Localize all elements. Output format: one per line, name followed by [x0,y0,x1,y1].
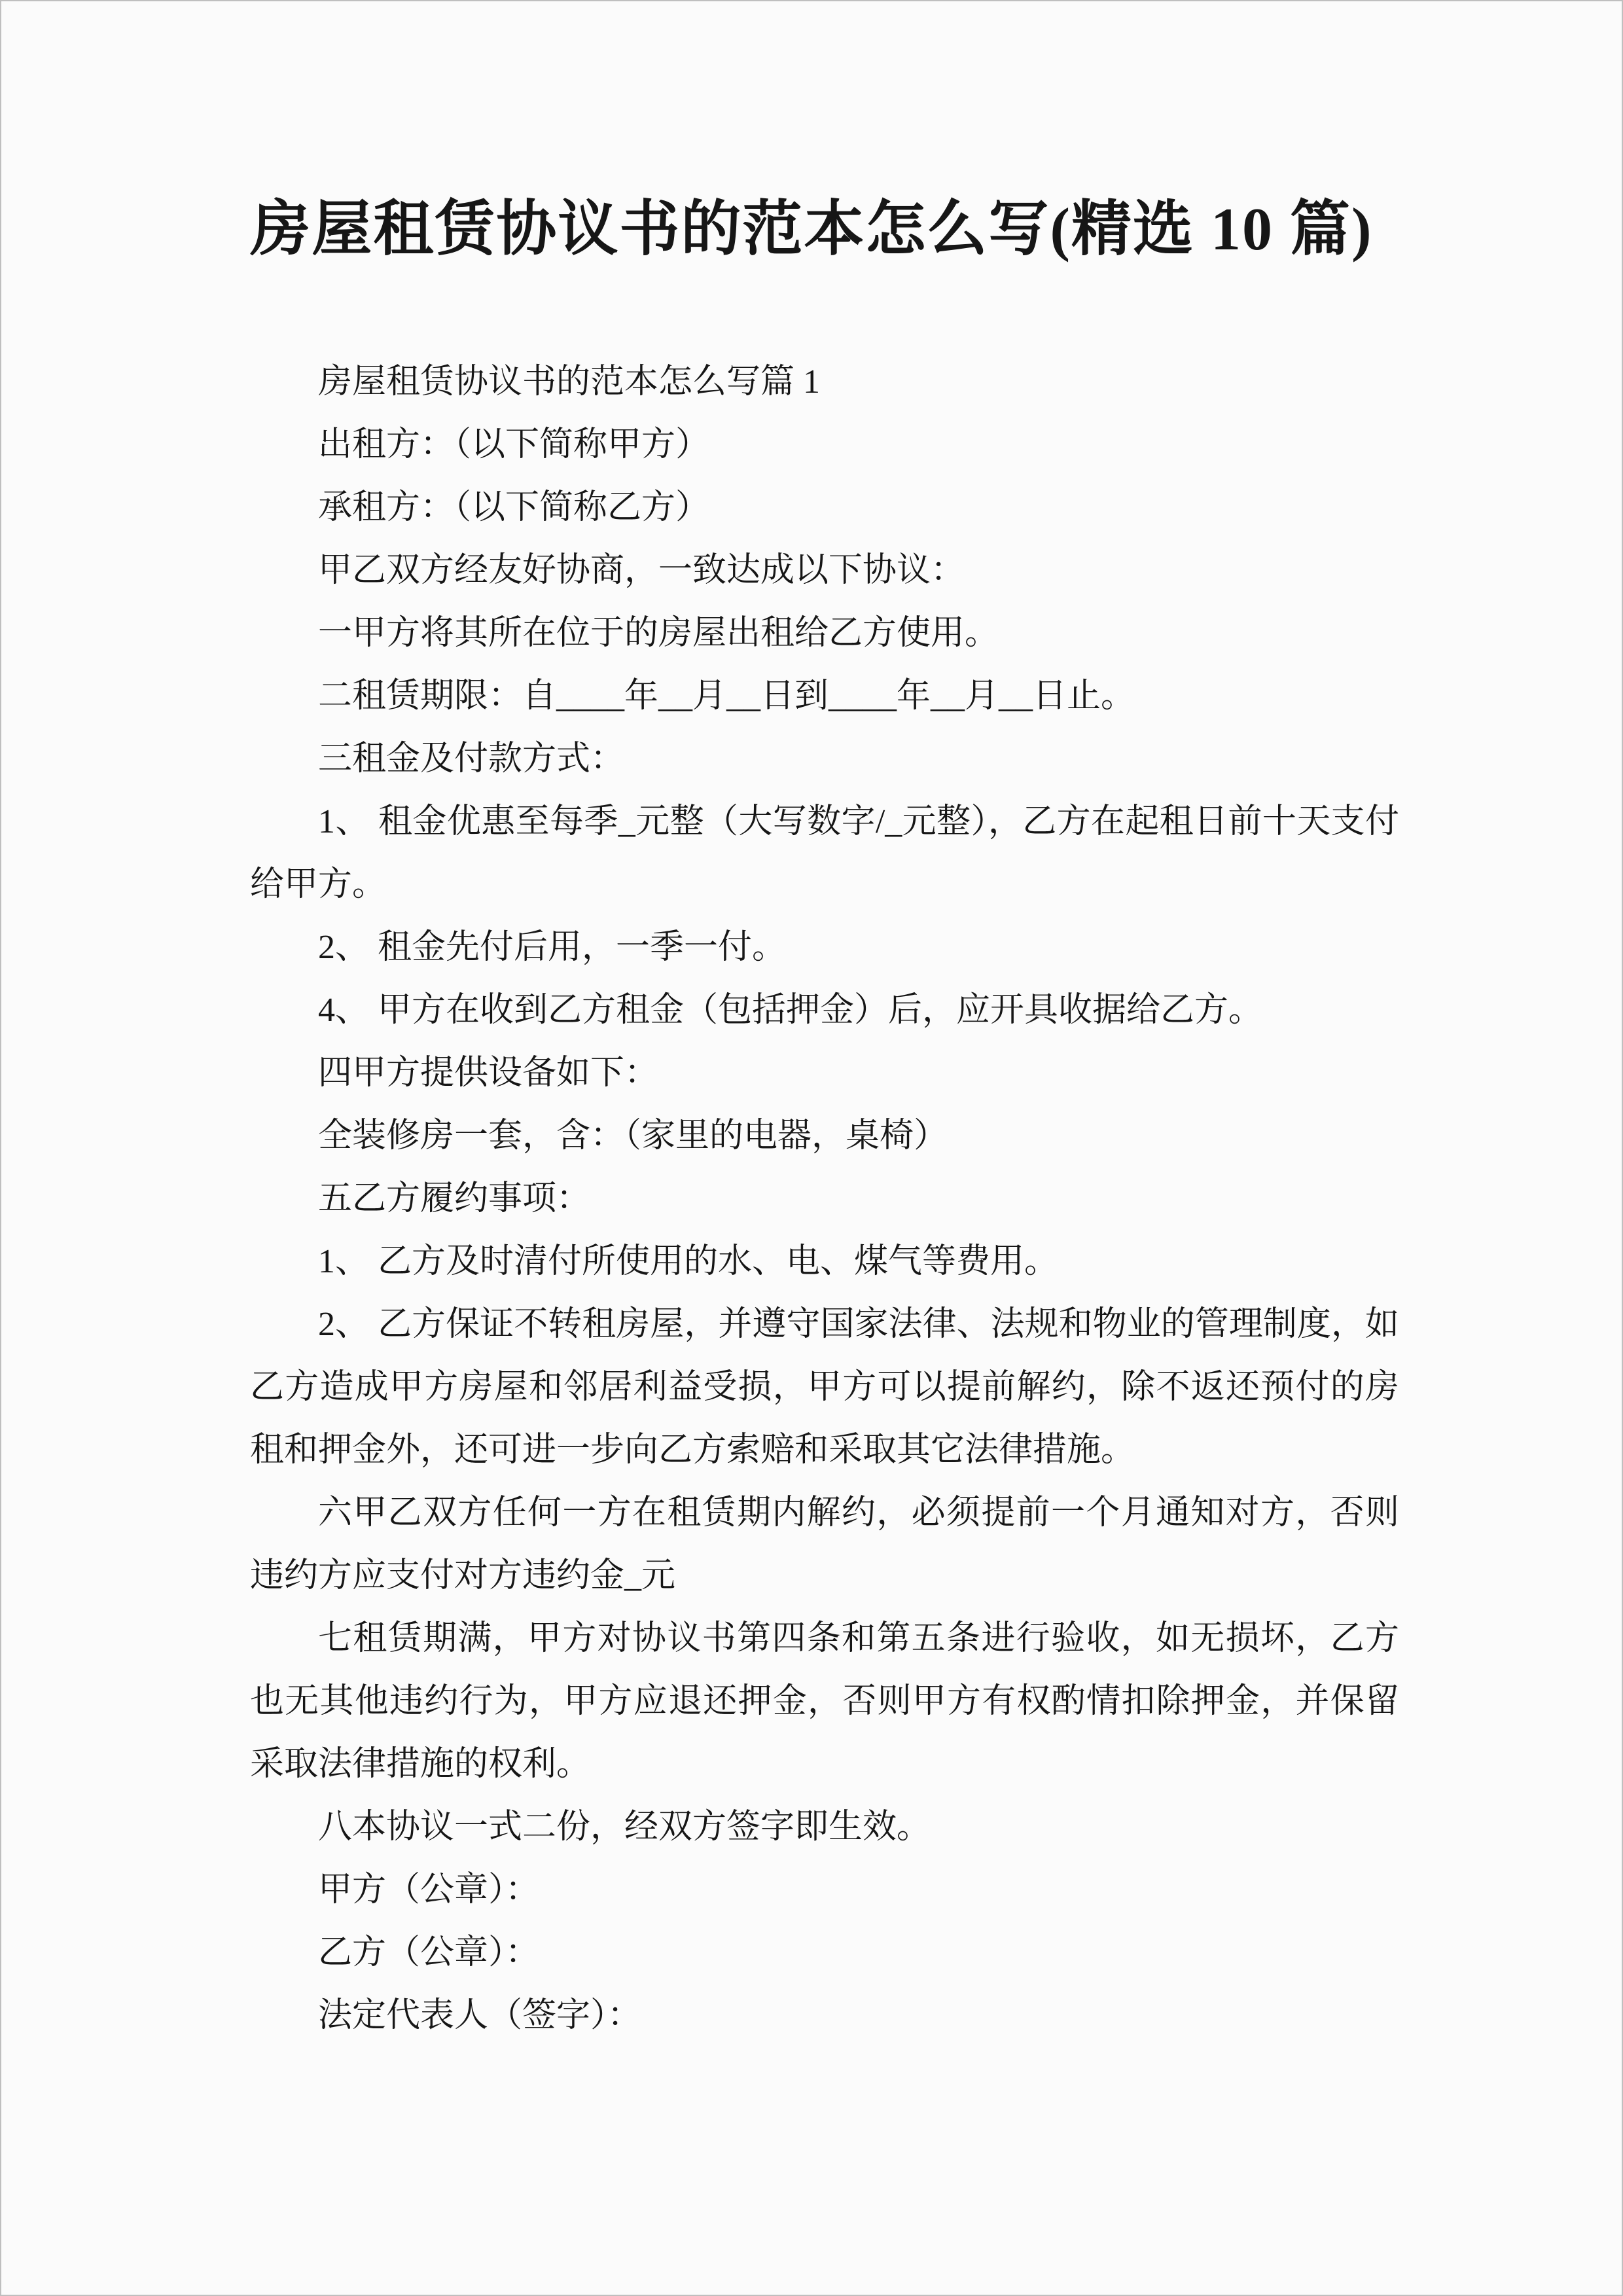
paragraph: 八本协议一式二份，经双方签字即生效。 [250,1796,1399,1859]
paragraph: 甲方（公章）： [250,1859,1399,1922]
paragraph: 五乙方履约事项： [250,1168,1399,1230]
paragraph: 出租方：（以下简称甲方） [250,414,1399,476]
paragraph: 2、 租金先付后用，一季一付。 [250,916,1399,979]
document-title: 房屋租赁协议书的范本怎么写(精选 10 篇) [113,186,1510,272]
paragraph: 二租赁期限：自____年__月__日到____年__月__日止。 [250,665,1399,728]
paragraph: 甲乙双方经友好协商，一致达成以下协议： [250,539,1399,602]
paragraph: 六甲乙双方任何一方在租赁期内解约，必须提前一个月通知对方，否则违约方应支付对方违… [250,1482,1399,1607]
paragraph: 1、 乙方及时清付所使用的水、电、煤气等费用。 [250,1230,1399,1293]
paragraph: 4、 甲方在收到乙方租金（包括押金）后，应开具收据给乙方。 [250,979,1399,1042]
paragraph: 乙方（公章）： [250,1922,1399,1984]
paragraph: 三租金及付款方式： [250,728,1399,791]
document-page: 房屋租赁协议书的范本怎么写(精选 10 篇) 房屋租赁协议书的范本怎么写篇 1出… [0,0,1623,2296]
paragraph: 全装修房一套，含：（家里的电器，桌椅） [250,1105,1399,1168]
paragraph: 1、 租金优惠至每季_元整（大写数字/_元整），乙方在起租日前十天支付给甲方。 [250,791,1399,916]
document-body: 房屋租赁协议书的范本怎么写篇 1出租方：（以下简称甲方）承租方：（以下简称乙方）… [250,351,1399,2047]
paragraph: 房屋租赁协议书的范本怎么写篇 1 [250,351,1399,414]
paragraph: 法定代表人（签字）： [250,1984,1399,2047]
paragraph: 2、 乙方保证不转租房屋，并遵守国家法律、法规和物业的管理制度，如乙方造成甲方房… [250,1293,1399,1482]
paragraph: 四甲方提供设备如下： [250,1042,1399,1105]
paragraph: 一甲方将其所在位于的房屋出租给乙方使用。 [250,602,1399,665]
paragraph: 七租赁期满，甲方对协议书第四条和第五条进行验收，如无损坏，乙方也无其他违约行为，… [250,1607,1399,1796]
paragraph: 承租方：（以下简称乙方） [250,476,1399,539]
